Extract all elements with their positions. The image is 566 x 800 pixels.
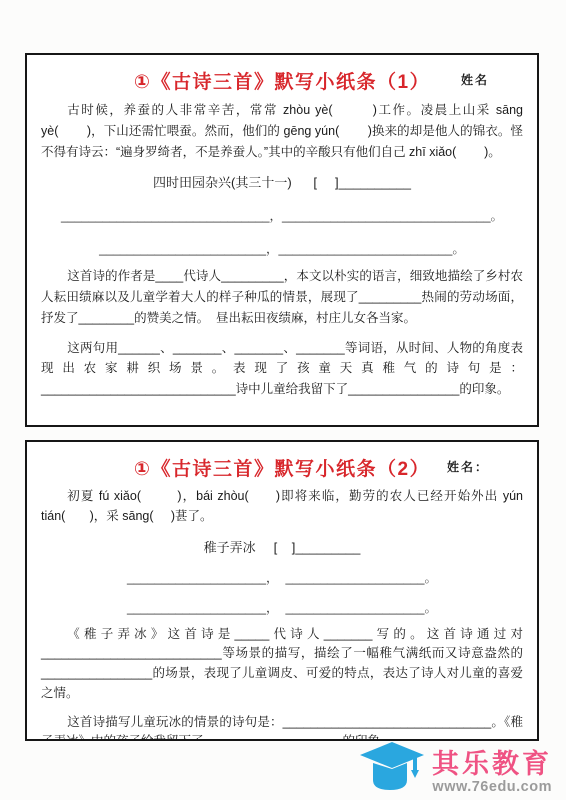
card1-intro-paragraph: 古时候，养蚕的人非常辛苦，常常 zhòu yè( )工作。凌晨上山采 sāng … bbox=[41, 100, 523, 162]
card1-header: ①《古诗三首》默写小纸条（1） 姓名 bbox=[41, 59, 523, 96]
worksheet-page: ①《古诗三首》默写小纸条（1） 姓名 古时候，养蚕的人非常辛苦，常常 zhòu … bbox=[0, 0, 566, 800]
footer-brand-text: 其乐教育 www.76edu.com bbox=[432, 750, 552, 798]
card1-title: ①《古诗三首》默写小纸条（1） bbox=[134, 67, 430, 94]
card2-poem-title: 稚子弄冰 [ ]_________ bbox=[41, 537, 523, 556]
worksheet-card-2: ①《古诗三首》默写小纸条（2） 姓名： 初夏 fú xiǎo( )，bái zh… bbox=[25, 440, 539, 741]
card1-analysis-paragraph-2: 这两句用______、_______、_______、_______等词语，从时… bbox=[41, 338, 523, 400]
card1-poem-blank-line-1: ______________________________，_________… bbox=[41, 206, 523, 224]
card2-intro-paragraph: 初夏 fú xiǎo( )，bái zhòu( )即将来临，勤劳的农人已经开始外… bbox=[41, 487, 523, 527]
card2-analysis-paragraph-2: 这首诗描写儿童玩冰的情景的诗句是：_______________________… bbox=[41, 713, 523, 742]
brand-name: 其乐教育 bbox=[432, 750, 552, 778]
graduation-cap-icon bbox=[356, 740, 426, 798]
card2-header: ①《古诗三首》默写小纸条（2） 姓名： bbox=[41, 446, 523, 483]
card2-name-label: 姓名： bbox=[447, 458, 489, 475]
brand-url: www.76edu.com bbox=[432, 779, 552, 796]
card1-name-label: 姓名 bbox=[461, 71, 489, 88]
card2-title: ①《古诗三首》默写小纸条（2） bbox=[134, 454, 430, 481]
card2-poem-blank-line-2: ____________________， __________________… bbox=[41, 598, 523, 616]
footer-brand-logo: 其乐教育 www.76edu.com bbox=[356, 740, 552, 798]
worksheet-card-1: ①《古诗三首》默写小纸条（1） 姓名 古时候，养蚕的人非常辛苦，常常 zhòu … bbox=[25, 53, 539, 427]
card1-poem-title: 四时田园杂兴(其三十一) [ ]__________ bbox=[41, 172, 523, 191]
card2-analysis-paragraph-1: 《稚子弄冰》这首诗是_____代诗人_______写的。这首诗通过对______… bbox=[41, 625, 523, 704]
card1-poem-blank-line-2: ________________________，_______________… bbox=[41, 239, 523, 257]
card1-analysis-paragraph-1: 这首诗的作者是____代诗人_________，本文以朴实的语言，细致地描绘了乡… bbox=[41, 266, 523, 328]
card2-poem-blank-line-1: ____________________， __________________… bbox=[41, 568, 523, 586]
